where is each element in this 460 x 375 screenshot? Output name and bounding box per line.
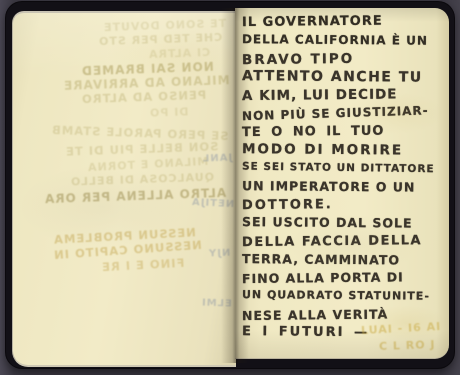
ghost-fragment: NJY bbox=[207, 248, 230, 260]
photo-background: TE SONO DOVUTE CHE TED PER STO CI ALTRA … bbox=[0, 0, 460, 375]
ghost-fragment: JANL bbox=[202, 152, 233, 164]
ghost-fragment: NETIJA bbox=[191, 197, 235, 210]
left-page: TE SONO DOVUTE CHE TED PER STO CI ALTRA … bbox=[12, 11, 236, 367]
handwritten-line: TE O NO IL TUO bbox=[242, 122, 449, 142]
ghost-text-line: FINO E I RE bbox=[100, 256, 184, 274]
ghost-text-line: PENSO AD ALTRO bbox=[81, 88, 207, 106]
handwritten-line: DOTTORE. bbox=[242, 195, 449, 215]
right-page: IL GOVERNATORE DELLA CALIFORNIA È UN BRA… bbox=[235, 8, 449, 359]
handwritten-line: TERRA, CAMMINATO bbox=[242, 250, 449, 270]
ghost-text-line: C L RO J bbox=[378, 338, 435, 353]
handwritten-line: UN IMPERATORE O UN bbox=[242, 177, 449, 197]
handwritten-line: DELLA CALIFORNIA È UN bbox=[242, 30, 449, 50]
handwritten-line: SE SEI STATO UN DITTATORE bbox=[242, 158, 449, 179]
handwritten-line: SEI USCITO DAL SOLE bbox=[242, 213, 449, 233]
handwritten-line: DELLA FACCIA DELLA bbox=[242, 231, 449, 251]
handwritten-line: ATTENTO ANCHE TU bbox=[242, 67, 449, 87]
handwritten-note: IL GOVERNATORE DELLA CALIFORNIA È UN BRA… bbox=[242, 13, 449, 342]
ghost-fragment: ELMI bbox=[201, 297, 232, 309]
handwritten-line: IL GOVERNATORE bbox=[242, 12, 449, 32]
ghost-text-line: CI ALTRA bbox=[148, 46, 211, 61]
handwritten-line: UN QUADRATO STATUNITE- bbox=[242, 287, 449, 307]
handwritten-line: BRAVO TIPO bbox=[242, 49, 449, 69]
ghost-text-line: DI PO bbox=[148, 105, 188, 119]
